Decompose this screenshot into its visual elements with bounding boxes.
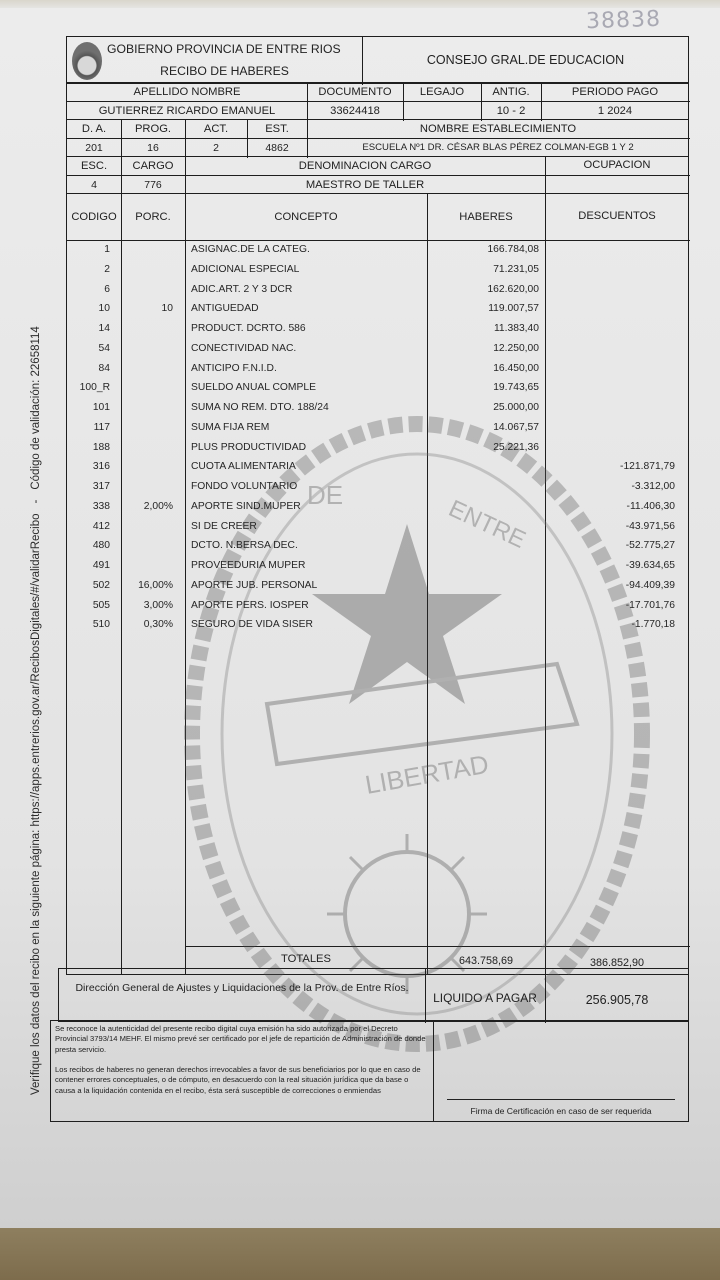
council-name: CONSEJO GRAL.DE EDUCACION	[363, 37, 688, 83]
table-row: 188PLUS PRODUCTIVIDAD25.221,36	[67, 439, 690, 459]
legal-authenticity-text: Se reconoce la autenticidad del presente…	[55, 1024, 429, 1055]
verify-url-text: Verifique los datos del recibo en la sig…	[30, 513, 42, 1095]
name-label: APELLIDO NOMBRE	[67, 83, 307, 101]
employee-legajo	[403, 101, 481, 120]
row-codigo: 101	[67, 402, 110, 413]
row-codigo: 2	[67, 264, 110, 275]
row-concepto: ASIGNAC.DE LA CATEG.	[191, 244, 310, 255]
occupation-label: OCUPACION	[545, 157, 689, 173]
table-row: 5053,00%APORTE PERS. IOSPER-17.701,76	[67, 597, 690, 617]
row-haberes: 119.007,57	[429, 303, 539, 314]
row-concepto: SEGURO DE VIDA SISER	[191, 619, 313, 630]
row-concepto: SUELDO ANUAL COMPLE	[191, 382, 316, 393]
da-label: D. A.	[67, 120, 121, 138]
row-concepto: CUOTA ALIMENTARIA	[191, 461, 296, 472]
col-header-codigo: CODIGO	[67, 194, 121, 240]
table-row: 54CONECTIVIDAD NAC.12.250,00	[67, 340, 690, 360]
table-row: 14PRODUCT. DCRTO. 58611.383,40	[67, 320, 690, 340]
legal-section: Se reconoce la autenticidad del presente…	[50, 1020, 689, 1122]
establishment-name: ESCUELA Nº1 DR. CÉSAR BLAS PÉREZ COLMAN-…	[307, 138, 689, 157]
row-concepto: ADICIONAL ESPECIAL	[191, 264, 299, 275]
row-descuentos: -121.871,79	[547, 461, 675, 472]
occupation-value	[545, 175, 689, 194]
row-codigo: 317	[67, 481, 110, 492]
antig-label: ANTIG.	[481, 83, 541, 101]
denomination-label: DENOMINACION CARGO	[185, 157, 545, 175]
period-label: PERIODO PAGO	[541, 83, 689, 101]
row-descuentos: -43.971,56	[547, 521, 675, 532]
row-concepto: ADIC.ART. 2 Y 3 DCR	[191, 284, 292, 295]
province-coat-of-arms-icon	[72, 42, 102, 80]
row-concepto: SUMA NO REM. DTO. 188/24	[191, 402, 329, 413]
esc-value: 4	[67, 175, 121, 194]
row-codigo: 10	[67, 303, 110, 314]
net-pay-section: Dirección General de Ajustes y Liquidaci…	[58, 968, 689, 1022]
row-codigo: 100_R	[67, 382, 110, 393]
net-pay-label: LIQUIDO A PAGAR	[425, 975, 545, 1021]
table-row: 1ASIGNAC.DE LA CATEG.166.784,08	[67, 241, 690, 261]
handwritten-note: 38838	[586, 7, 662, 35]
row-codigo: 510	[67, 619, 110, 630]
row-codigo: 491	[67, 560, 110, 571]
row-codigo: 412	[67, 521, 110, 532]
validation-side-note: Verifique los datos del recibo en la sig…	[30, 326, 42, 1095]
row-haberes: 14.067,57	[429, 422, 539, 433]
row-codigo: 6	[67, 284, 110, 295]
row-descuentos: -39.634,65	[547, 560, 675, 571]
table-row: 316CUOTA ALIMENTARIA-121.871,79	[67, 458, 690, 478]
row-haberes: 16.450,00	[429, 363, 539, 374]
table-row: 5100,30%SEGURO DE VIDA SISER-1.770,18	[67, 616, 690, 636]
prog-value: 16	[121, 138, 185, 157]
row-concepto: SUMA FIJA REM	[191, 422, 269, 433]
row-haberes: 71.231,05	[429, 264, 539, 275]
prog-label: PROG.	[121, 120, 185, 138]
document-type: RECIBO DE HABERES	[107, 61, 342, 81]
est-label: EST.	[247, 120, 307, 138]
table-row: 1010ANTIGUEDAD119.007,57	[67, 300, 690, 320]
row-codigo: 54	[67, 343, 110, 354]
employee-section: APELLIDO NOMBRE DOCUMENTO LEGAJO ANTIG. …	[66, 82, 689, 120]
col-header-descuentos: DESCUENTOS	[545, 194, 689, 238]
row-concepto: APORTE PERS. IOSPER	[191, 600, 309, 611]
row-porc: 0,30%	[131, 619, 173, 630]
concepts-table: CODIGO PORC. CONCEPTO HABERES DESCUENTOS…	[66, 193, 689, 975]
row-descuentos: -1.770,18	[547, 619, 675, 630]
cargo-label: CARGO	[121, 157, 185, 175]
row-concepto: PRODUCT. DCRTO. 586	[191, 323, 306, 334]
table-row: 6ADIC.ART. 2 Y 3 DCR162.620,00	[67, 281, 690, 301]
row-haberes: 19.743,65	[429, 382, 539, 393]
row-concepto: CONECTIVIDAD NAC.	[191, 343, 296, 354]
row-codigo: 1	[67, 244, 110, 255]
row-descuentos: -94.409,39	[547, 580, 675, 591]
legajo-label: LEGAJO	[403, 83, 481, 101]
row-porc: 16,00%	[131, 580, 173, 591]
row-codigo: 505	[67, 600, 110, 611]
row-codigo: 84	[67, 363, 110, 374]
employee-document: 33624418	[307, 101, 403, 120]
table-row: 317FONDO VOLUNTARIO-3.312,00	[67, 478, 690, 498]
row-codigo: 316	[67, 461, 110, 472]
row-concepto: ANTIGUEDAD	[191, 303, 259, 314]
col-header-porc: PORC.	[121, 194, 185, 240]
row-porc: 2,00%	[131, 501, 173, 512]
row-codigo: 338	[67, 501, 110, 512]
table-row: 84ANTICIPO F.N.I.D.16.450,00	[67, 360, 690, 380]
da-value: 201	[67, 138, 121, 157]
cargo-value: 776	[121, 175, 185, 194]
row-codigo: 480	[67, 540, 110, 551]
row-codigo: 14	[67, 323, 110, 334]
row-concepto: APORTE SIND.MUPER	[191, 501, 301, 512]
table-row: 412SI DE CREER-43.971,56	[67, 518, 690, 538]
net-pay-value: 256.905,78	[545, 977, 689, 1023]
col-header-haberes: HABERES	[427, 194, 545, 240]
table-row: 100_RSUELDO ANUAL COMPLE19.743,65	[67, 379, 690, 399]
row-descuentos: -52.775,27	[547, 540, 675, 551]
establishment-name-label: NOMBRE ESTABLECIMIENTO	[307, 120, 689, 138]
separator: -	[30, 500, 42, 504]
act-value: 2	[185, 138, 247, 157]
pay-period: 1 2024	[541, 101, 689, 120]
est-value: 4862	[247, 138, 307, 157]
row-haberes: 25.221,36	[429, 442, 539, 453]
row-codigo: 188	[67, 442, 110, 453]
table-row: 491PROVEEDURIA MUPER-39.634,65	[67, 557, 690, 577]
row-concepto: DCTO. N.BERSA DEC.	[191, 540, 298, 551]
legal-disclaimer-text: Los recibos de haberes no generan derech…	[55, 1065, 425, 1096]
government-title: GOBIERNO PROVINCIA DE ENTRE RIOS	[107, 39, 357, 59]
receipt-header: GOBIERNO PROVINCIA DE ENTRE RIOS RECIBO …	[66, 36, 689, 84]
table-row: 480DCTO. N.BERSA DEC.-52.775,27	[67, 537, 690, 557]
row-haberes: 12.250,00	[429, 343, 539, 354]
row-porc: 10	[131, 303, 173, 314]
row-concepto: APORTE JUB. PERSONAL	[191, 580, 317, 591]
employee-antig: 10 - 2	[481, 101, 541, 120]
row-concepto: FONDO VOLUNTARIO	[191, 481, 297, 492]
row-haberes: 166.784,08	[429, 244, 539, 255]
row-descuentos: -3.312,00	[547, 481, 675, 492]
signature-label: Firma de Certificación en caso de ser re…	[433, 1103, 689, 1119]
row-concepto: PROVEEDURIA MUPER	[191, 560, 305, 571]
table-row: 50216,00%APORTE JUB. PERSONAL-94.409,39	[67, 577, 690, 597]
establishment-section: D. A. PROG. ACT. EST. NOMBRE ESTABLECIMI…	[66, 119, 689, 157]
table-row: 2ADICIONAL ESPECIAL71.231,05	[67, 261, 690, 281]
issuer-text: Dirección General de Ajustes y Liquidaci…	[59, 973, 425, 1003]
document-label: DOCUMENTO	[307, 83, 403, 101]
employee-name: GUTIERREZ RICARDO EMANUEL	[67, 101, 307, 120]
row-concepto: PLUS PRODUCTIVIDAD	[191, 442, 306, 453]
position-section: ESC. CARGO DENOMINACION CARGO OCUPACION …	[66, 156, 689, 194]
row-concepto: ANTICIPO F.N.I.D.	[191, 363, 277, 374]
table-row: 117SUMA FIJA REM14.067,57	[67, 419, 690, 439]
row-concepto: SI DE CREER	[191, 521, 257, 532]
validation-code: Código de validación: 22658114	[30, 326, 42, 489]
row-codigo: 117	[67, 422, 110, 433]
table-row: 3382,00%APORTE SIND.MUPER-11.406,30	[67, 498, 690, 518]
table-row: 101SUMA NO REM. DTO. 188/2425.000,00	[67, 399, 690, 419]
row-descuentos: -11.406,30	[547, 501, 675, 512]
row-haberes: 162.620,00	[429, 284, 539, 295]
col-header-concepto: CONCEPTO	[185, 194, 427, 240]
row-haberes: 11.383,40	[429, 323, 539, 334]
row-haberes: 25.000,00	[429, 402, 539, 413]
esc-label: ESC.	[67, 157, 121, 175]
row-porc: 3,00%	[131, 600, 173, 611]
denomination-value: MAESTRO DE TALLER	[185, 175, 545, 194]
row-descuentos: -17.701,76	[547, 600, 675, 611]
row-codigo: 502	[67, 580, 110, 591]
act-label: ACT.	[185, 120, 247, 138]
